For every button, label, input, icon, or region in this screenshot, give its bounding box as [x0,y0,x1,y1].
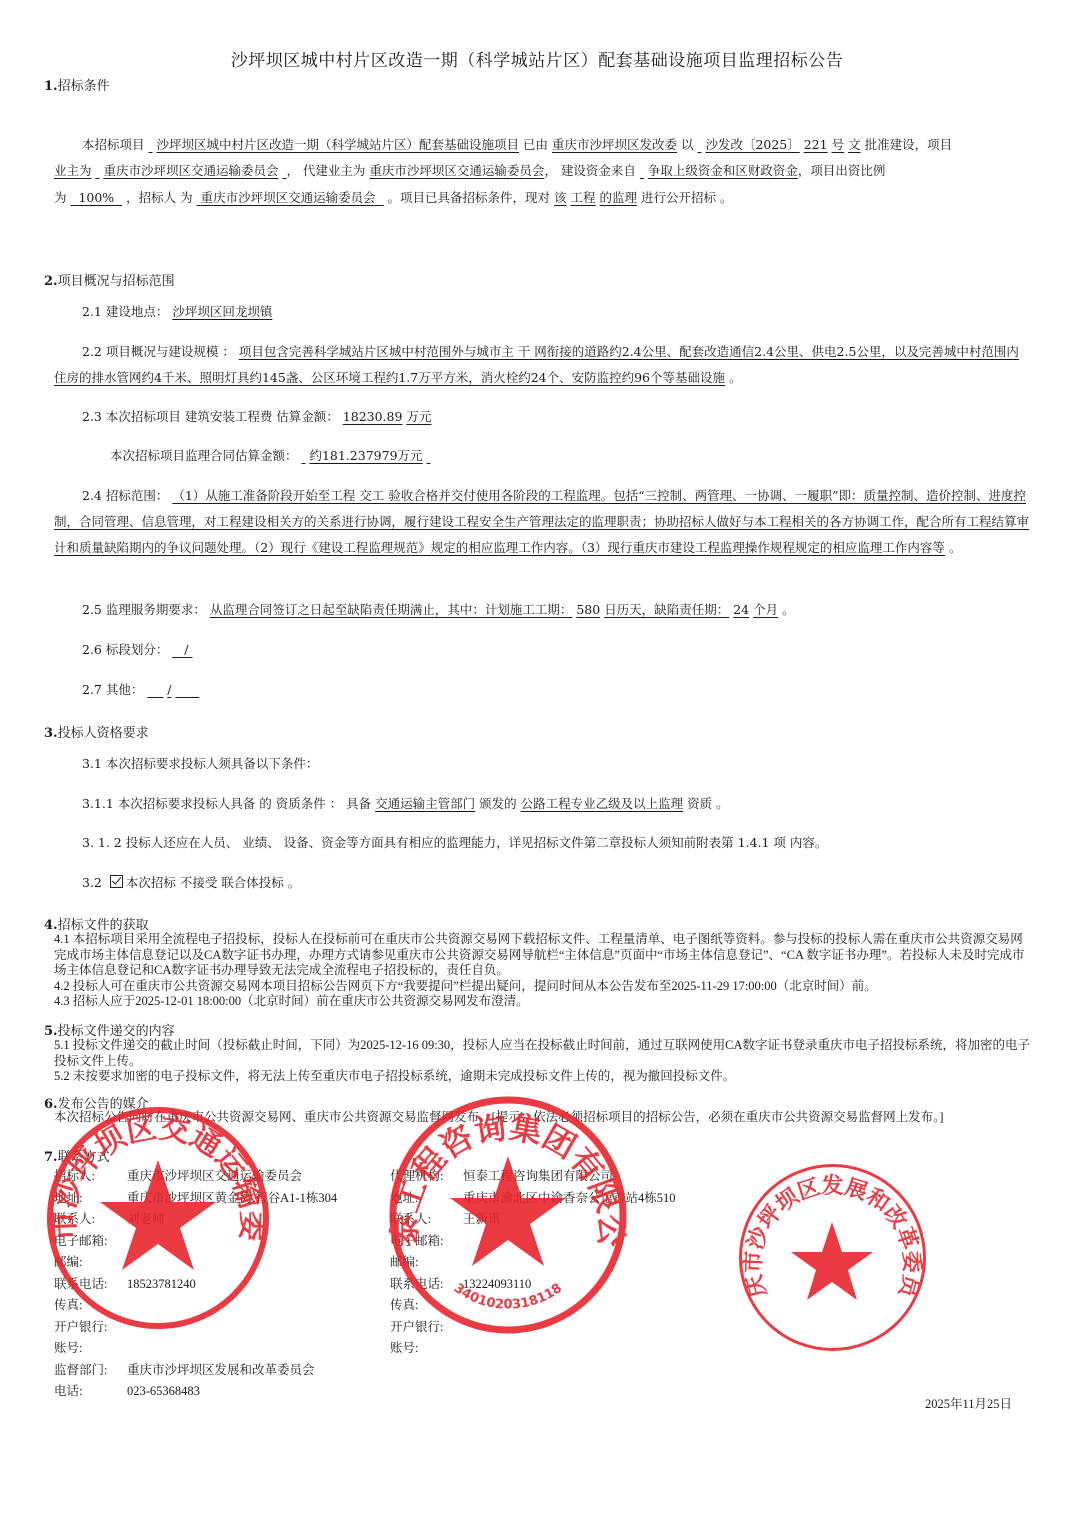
contact-tenderer: 招标人:重庆市沙坪坝区交通运输委员会地址:重庆市沙坪坝区黄金湾.智谷A1-1栋3… [54,1166,337,1403]
contact-value: 重庆市渝北区中渝香奈公馆首站4栋510 [463,1188,676,1210]
sec3-2: 3.2 本次招标 不接受 联合体投标 。 [82,870,300,896]
contact-value: 刘老师 [127,1209,165,1231]
contact-row: 联系电话:13224093110 [390,1274,676,1296]
contact-row: 代理机构:恒泰工程咨询集团有限公司 [390,1166,676,1188]
sec6-1: 本次招标公告同时在重庆市公共资源交易网、重庆市公共资源交易监督网发布。[提示：依… [54,1110,1034,1126]
contact-label: 传真: [390,1295,463,1317]
sec5-2: 5.2 未按要求加密的电子投标文件，将无法上传至重庆市电子招投标系统，逾期未完成… [54,1069,1034,1085]
contact-label: 监督部门: [54,1360,127,1382]
contact-label: 账号: [54,1338,127,1360]
sec3-1: 3.1 本次招标要求投标人须具备以下条件： [82,751,318,777]
contact-row: 联系电话:18523781240 [54,1274,337,1296]
document-title: 沙坪坝区城中村片区改造一期（科学城站片区）配套基础设施项目监理招标公告 [0,46,1074,71]
contact-label: 电子邮箱: [54,1231,127,1253]
sec2-6: 2.6 标段划分： / [82,637,192,663]
section-2-heading: 2.项目概况与招标范围 [44,270,175,289]
contact-agent: 代理机构:恒泰工程咨询集团有限公司地址:重庆市渝北区中渝香奈公馆首站4栋510联… [390,1166,676,1360]
section-4-heading: 4.招标文件的获取 [44,914,149,933]
contact-value: 重庆市沙坪坝区交通运输委员会 [127,1166,302,1188]
contact-row: 传真: [390,1295,676,1317]
contact-label: 联系人: [54,1209,127,1231]
contact-label: 招标人: [54,1166,127,1188]
contact-label: 邮编: [390,1252,463,1274]
contact-row: 邮编: [54,1252,337,1274]
contact-value: 重庆市沙坪坝区黄金湾.智谷A1-1栋304 [127,1188,337,1210]
contact-row: 账号: [390,1338,676,1360]
contact-row: 开户银行: [390,1317,676,1339]
contact-value: 王新讯 [463,1209,501,1231]
contact-row: 电话:023-65368483 [54,1381,337,1403]
sec2-1: 2.1 建设地点： 沙坪坝区回龙坝镇 [82,299,272,325]
sec2-4: 2.4 招标范围： （1）从施工准备阶段开始至工程 交工 验收合格并交付使用各阶… [54,483,1029,561]
contact-row: 传真: [54,1295,337,1317]
sec4-3: 4.3 招标人应于2025-12-01 18:00:00（北京时间）前在重庆市公… [54,994,1034,1010]
contact-row: 账号: [54,1338,337,1360]
sec5-1: 5.1 投标文件递交的截止时间（投标截止时间，下同）为2025-12-16 09… [54,1038,1034,1069]
sec2-5: 2.5 监理服务期要求： 从监理合同签订之日起至缺陷责任期满止，其中：计划施工工… [82,597,795,623]
contact-label: 传真: [54,1295,127,1317]
contact-label: 联系人: [390,1209,463,1231]
sec1-line3: 为 100% ，招标人 为 重庆市沙坪坝区交通运输委员会 。项目已具备招标条件，… [54,185,733,211]
sec4-paragraphs: 4.1 本招标项目采用全流程电子招投标，投标人在投标前可在重庆市公共资源交易网下… [54,932,1034,1010]
checked-checkbox-icon [110,875,123,888]
contact-value: 13224093110 [463,1274,531,1296]
contact-row: 招标人:重庆市沙坪坝区交通运输委员会 [54,1166,337,1188]
contact-value: 重庆市沙坪坝区发展和改革委员会 [127,1360,315,1382]
contact-row: 电子邮箱: [390,1231,676,1253]
contact-label: 地址: [390,1188,463,1210]
contact-value: 023-65368483 [127,1381,200,1403]
contact-label: 联系电话: [390,1274,463,1296]
contact-row: 监督部门:重庆市沙坪坝区发展和改革委员会 [54,1360,337,1382]
sec3-1-2: 3. 1. 2 投标人还应在人员、 业绩、 设备、资金等方面具有相应的监理能力，… [82,830,827,856]
sec4-2: 4.2 投标人可在重庆市公共资源交易网本项目招标公告网页下方“我要提问”栏提出疑… [54,979,1034,995]
contact-label: 开户银行: [390,1317,463,1339]
section-7-heading: 7.联系方式 [44,1146,110,1165]
issue-date: 2025年11月25日 [925,1394,1012,1412]
sec2-3: 2.3 本次招标项目 建筑安装工程费 估算金额： 18230.89 万元 [82,404,431,430]
contact-label: 联系电话: [54,1274,127,1296]
supervisor-seal-icon: 重庆市沙坪坝区发展和改革委员会 [735,1160,930,1355]
project-name: 沙坪坝区城中村片区改造一期（科学城站片区）配套基础设施项目 [156,137,519,152]
contact-row: 联系人:刘老师 [54,1209,337,1231]
sec1-line1: 本招标项目 沙坪坝区城中村片区改造一期（科学城站片区）配套基础设施项目 已由 重… [82,132,952,158]
sec4-1: 4.1 本招标项目采用全流程电子招投标，投标人在投标前可在重庆市公共资源交易网下… [54,932,1034,979]
sec5-paragraphs: 5.1 投标文件递交的截止时间（投标截止时间，下同）为2025-12-16 09… [54,1038,1034,1085]
contact-label: 账号: [390,1338,463,1360]
contact-row: 地址:重庆市渝北区中渝香奈公馆首站4栋510 [390,1188,676,1210]
contact-row: 开户银行: [54,1317,337,1339]
sec3-1-1: 3.1.1 本次招标要求投标人具备 的 资质条件 ： 具备 交通运输主管部门 颁… [82,791,729,817]
section-5-heading: 5.投标文件递交的内容 [44,1020,175,1039]
sec2-7: 2.7 其他： / [82,677,199,703]
svg-text:重庆市沙坪坝区发展和改革委员会: 重庆市沙坪坝区发展和改革委员会 [735,1160,924,1302]
contact-row: 邮编: [390,1252,676,1274]
contact-row: 地址:重庆市沙坪坝区黄金湾.智谷A1-1栋304 [54,1188,337,1210]
sec1-line2: 业主为 重庆市沙坪坝区交通运输委员会 ， 代建业主为 重庆市沙坪坝区交通运输委员… [54,158,885,184]
contact-label: 代理机构: [390,1166,463,1188]
contact-label: 邮编: [54,1252,127,1274]
contact-value: 恒泰工程咨询集团有限公司 [463,1166,613,1188]
contact-row: 电子邮箱: [54,1231,337,1253]
contact-row: 联系人:王新讯 [390,1209,676,1231]
sec2-3b: 本次招标项目监理合同估算金额： 约181.237979万元 [110,443,431,469]
contact-label: 电话: [54,1381,127,1403]
contact-label: 开户银行: [54,1317,127,1339]
contact-label: 电子邮箱: [390,1231,463,1253]
sec2-2: 2.2 项目概况与建设规模 ： 项目包含完善科学城站片区城中村范围外与城市主 干… [54,339,1029,391]
contact-label: 地址: [54,1188,127,1210]
section-1-heading: 1.招标条件 [44,75,110,94]
section-3-heading: 3.投标人资格要求 [44,722,149,741]
contact-value: 18523781240 [127,1274,196,1296]
